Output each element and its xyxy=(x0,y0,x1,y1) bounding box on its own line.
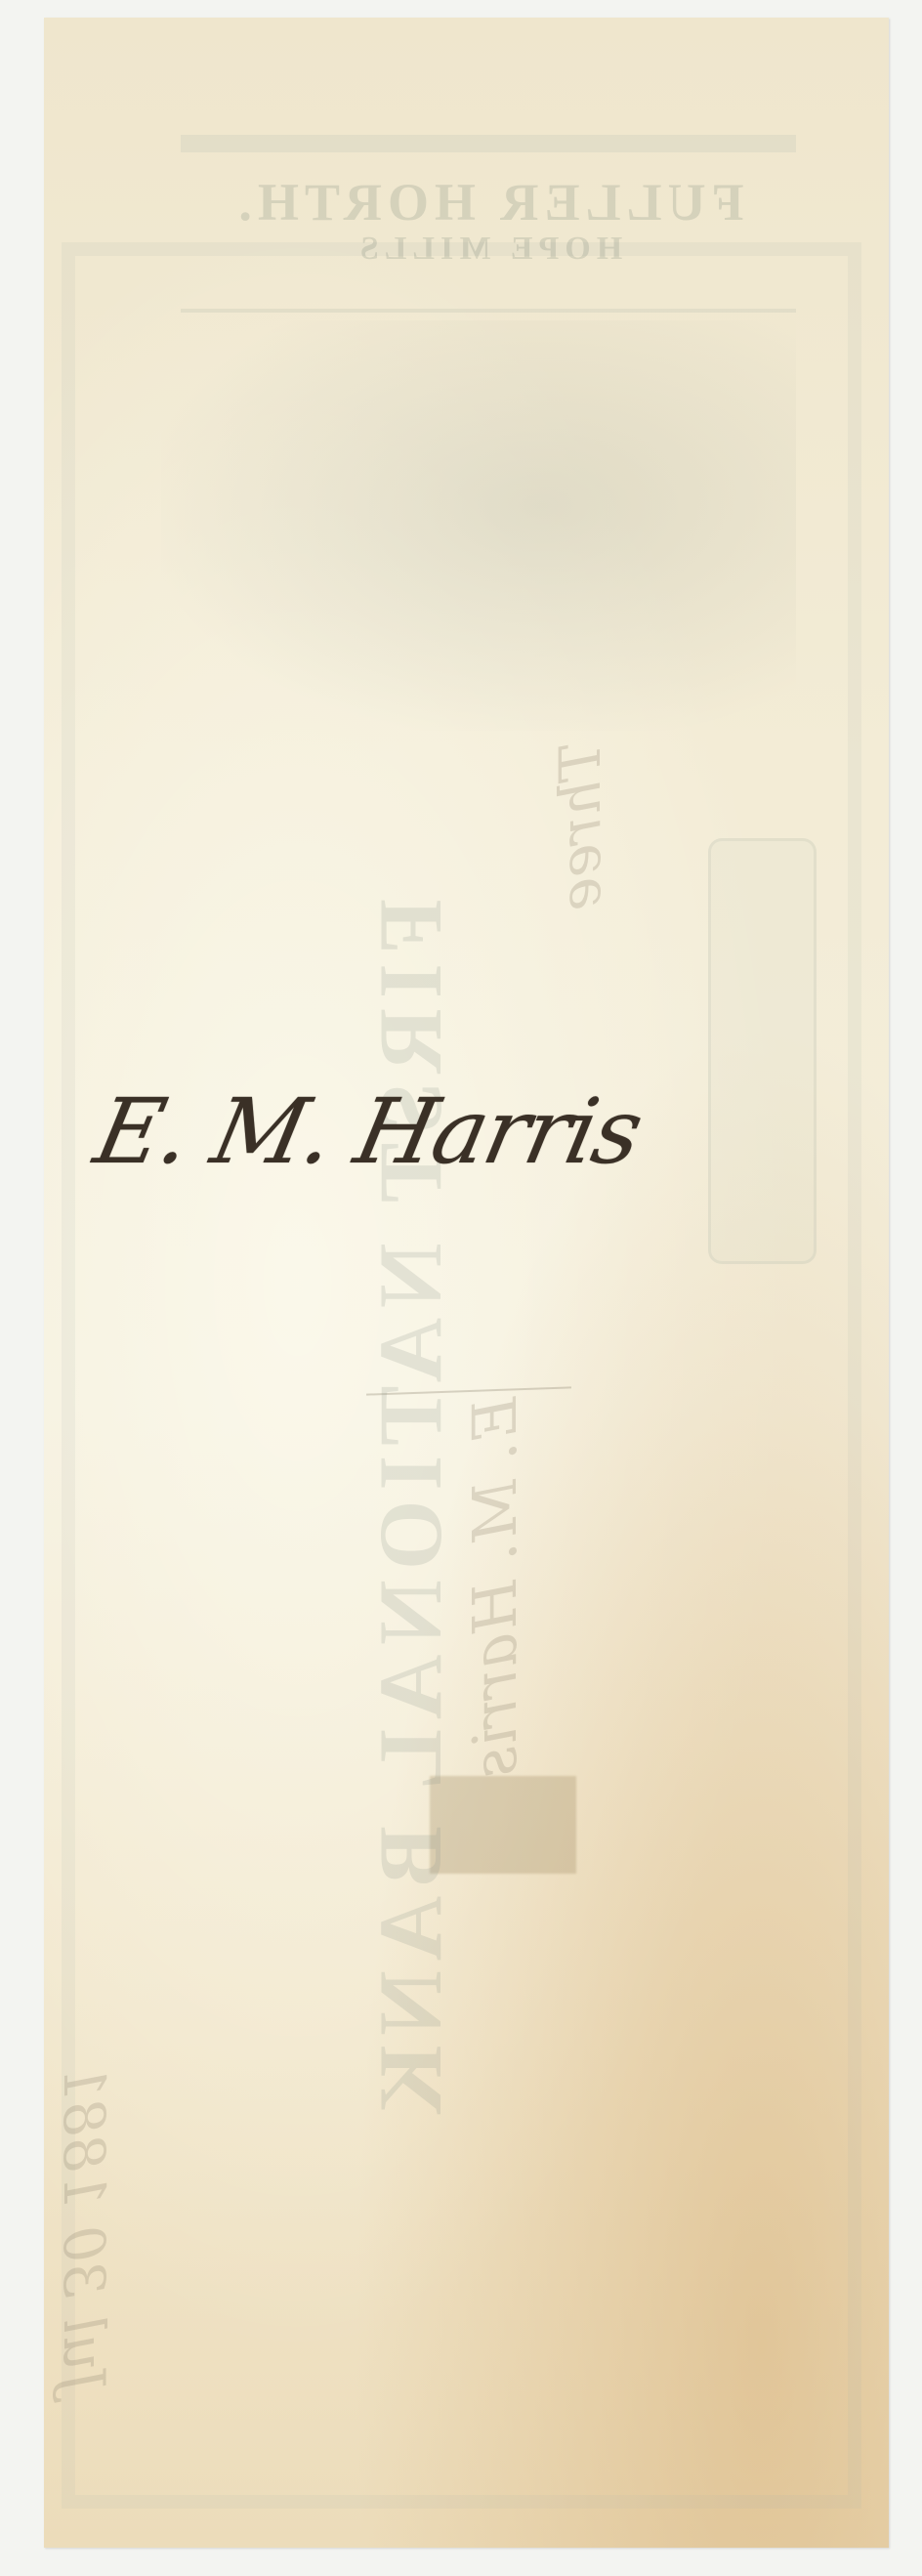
header-line-1: FULLER HORTH. xyxy=(181,172,796,232)
portrait-vignette-bleed xyxy=(161,320,796,731)
date-handwriting-bleed: Jul 30 1881 xyxy=(51,2064,117,2393)
check-paper: FULLER HORTH. HOPE MILLS xyxy=(44,18,889,2548)
payee-handwriting-bleed: E. M. Harris xyxy=(459,1397,530,1778)
amount-handwriting-bleed: Three xyxy=(547,742,613,910)
denomination-box-bleed xyxy=(708,838,817,1264)
header-line-2: HOPE MILLS xyxy=(181,231,796,268)
endorsement-signature: E. M. Harris xyxy=(87,1079,650,1184)
header-bleed-through: FULLER HORTH. HOPE MILLS xyxy=(181,135,796,313)
